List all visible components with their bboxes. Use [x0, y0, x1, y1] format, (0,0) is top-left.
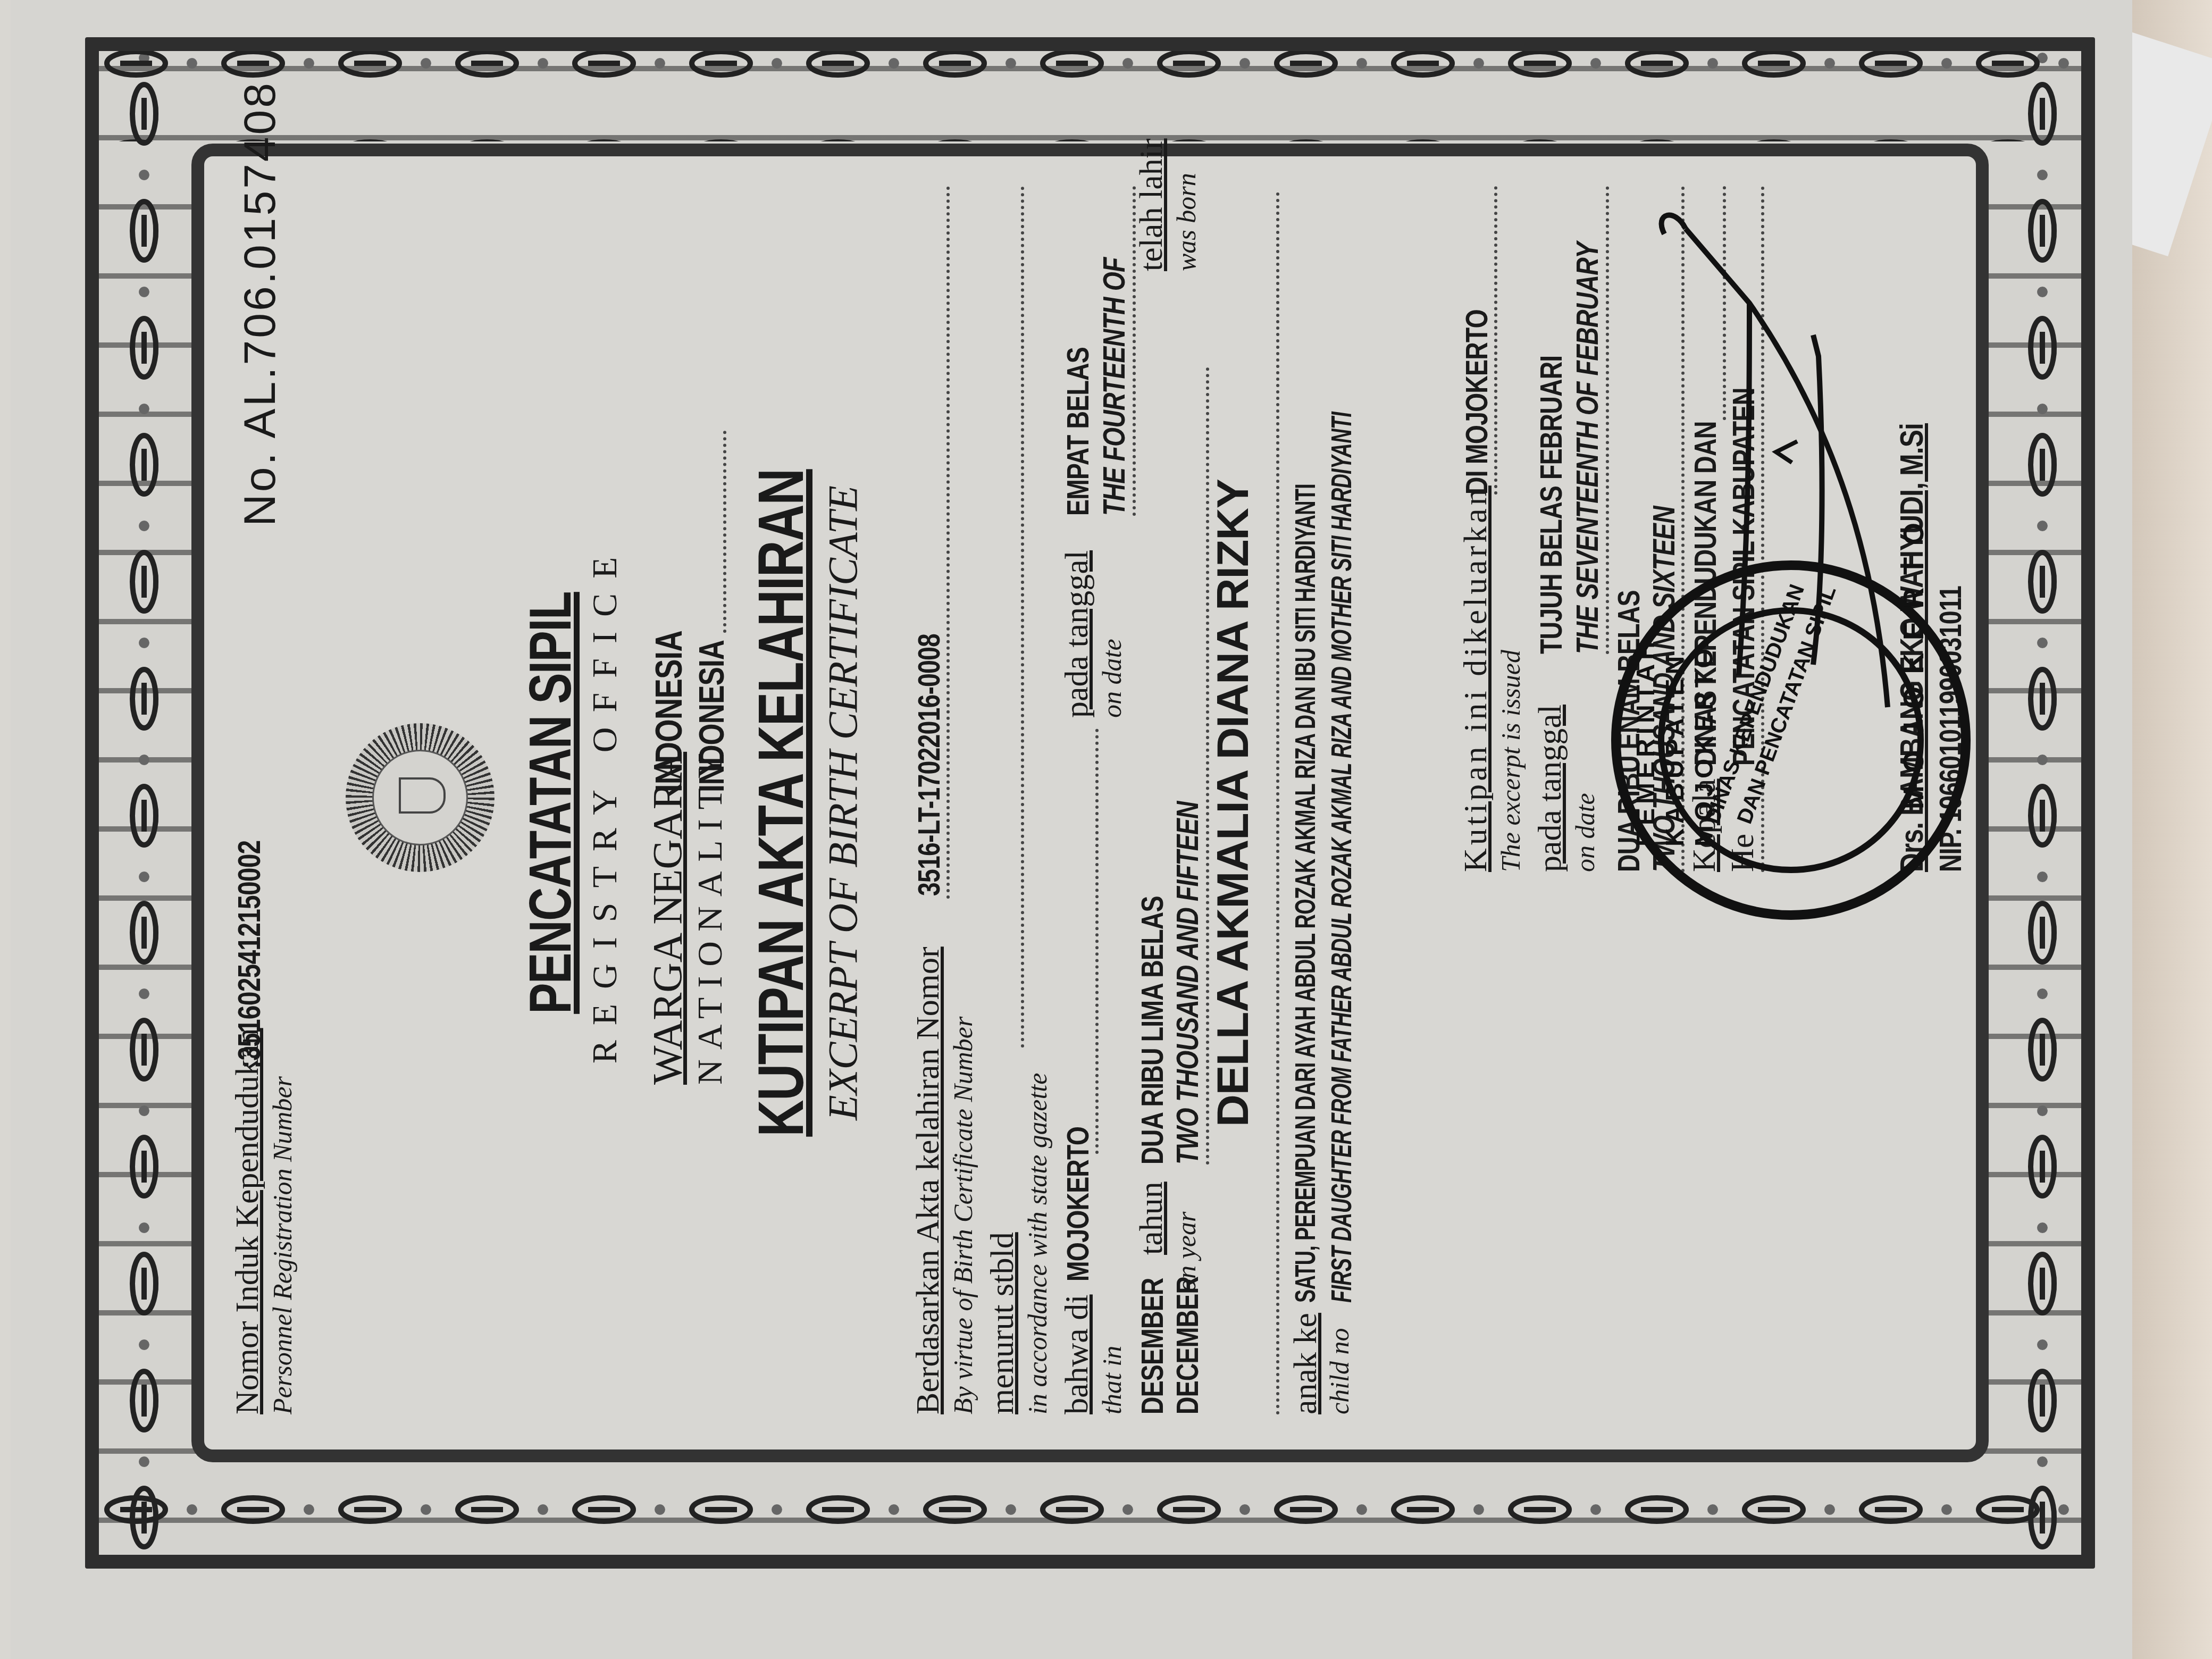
stbld-label-en: in accordance with state gazette [1022, 1073, 1053, 1414]
place-label-en: that in [1096, 1346, 1127, 1414]
born-label-en: was born [1171, 173, 1202, 271]
garuda-emblem-icon [346, 723, 495, 872]
dotted-line [723, 431, 726, 633]
month-value-en: DECEMBER [1170, 1277, 1205, 1414]
child-name: DELLA AKMALIA DIANA RIZKY [1207, 175, 1259, 1430]
date-label-en: on date [1096, 639, 1127, 718]
child-value-en: FIRST DAUGHTER FROM FATHER ABDUL ROZAK A… [1325, 412, 1358, 1303]
child-label-en: child no [1324, 1328, 1355, 1414]
issued-place: DI MOJOKERTO [1459, 309, 1495, 495]
office-subtitle: REGISTRY OFFICE [585, 175, 625, 1430]
issued-date-label-en: on date [1570, 793, 1601, 872]
dotted-line [1021, 186, 1024, 1048]
nationality-label: WARGA NEGARA [643, 752, 691, 1085]
nationality-value: INDONESIA [648, 631, 690, 792]
child-label: anak ke [1287, 1313, 1325, 1414]
year-value: DUA RIBU LIMA BELAS [1135, 896, 1170, 1164]
date-value: EMPAT BELAS [1060, 347, 1096, 516]
issued-label-en: The excerpt is issued [1495, 650, 1526, 872]
certificate-title: KUTIPAN AKTA KELAHIRAN [744, 301, 818, 1305]
place-value: MOJOKERTO [1060, 1127, 1096, 1281]
dotted-line [1494, 186, 1497, 495]
birth-certificate: Nomor Induk Kependudukan :35160254121500… [85, 37, 2095, 1569]
year-value-en: TWO THOUSAND AND FIFTEEN [1170, 801, 1205, 1164]
stbld-label: menurut stbld [984, 1232, 1021, 1414]
nik-label-en: Personnel Registration Number [267, 1076, 298, 1414]
nationality-label-en: NATIONALITY [690, 743, 731, 1085]
office-title: PENCATATAN SIPIL [516, 314, 584, 1293]
child-value: SATU, PEREMPUAN DARI AYAH ABDUL ROZAK AK… [1289, 484, 1322, 1303]
year-label-en: on year [1171, 1212, 1202, 1292]
cert-number-label: Berdasarkan Akta kelahiran Nomor [909, 946, 947, 1414]
dotted-line [946, 186, 950, 899]
place-label: bahwa di [1058, 1294, 1096, 1414]
certificate-title-en: EXCERPT OF BIRTH CERTIFICATE [819, 175, 867, 1430]
date-label: pada tanggal [1058, 550, 1096, 718]
cert-number-label-en: By virtue of Birth Certificate Number [948, 1017, 978, 1415]
nik-label: Nomor Induk Kependudukan [229, 1028, 266, 1414]
serial-number: No. AL.706.0157408 [234, 81, 286, 526]
date-value-en: THE FOURTEENTH OF [1096, 257, 1132, 516]
certificate-content: Nomor Induk Kependudukan :35160254121500… [218, 175, 1962, 1430]
nationality-value-en: INDONESIA [691, 640, 732, 792]
nik-value: :3516025412150002 [231, 840, 267, 1069]
signature [1547, 207, 1973, 739]
issued-label: Kutipan ini dikeluarkan [1457, 485, 1495, 872]
born-label: telah lahir [1133, 138, 1170, 271]
dotted-line [1276, 191, 1279, 1414]
dotted-line [1095, 728, 1099, 1154]
cert-number-value: 3516-LT-17022016-0008 [911, 634, 947, 896]
year-label: tahun [1133, 1182, 1170, 1255]
month-value: DESEMBER [1135, 1278, 1170, 1414]
